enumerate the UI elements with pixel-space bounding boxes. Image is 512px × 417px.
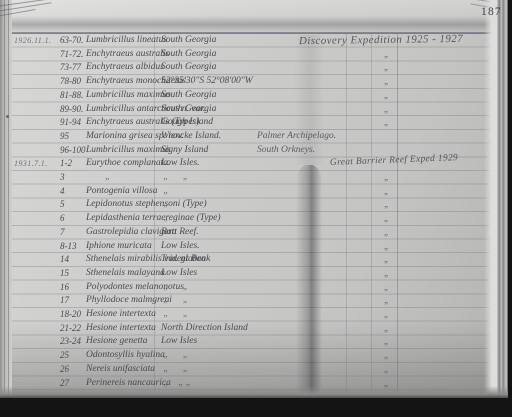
register-row: 15Sthenelais malayanaLow Isles„ [0, 267, 508, 281]
entry-species: Hesione intertexta [86, 322, 156, 335]
register-row: 3„ „ „„ [0, 171, 508, 185]
entry-species: Nereis unifasciata [86, 363, 155, 376]
ditto-mark: „ [384, 185, 389, 198]
register-row: 7Gastrolepidia clavigeraBatt Reef.„ [0, 226, 508, 240]
ditto-mark: „ [384, 198, 389, 211]
entry-locality: Low Isles [161, 267, 197, 280]
ditto-mark: „ [384, 281, 389, 294]
register-row: 27Perinereis nancaurica „ „ „„ [0, 377, 508, 391]
entry-locality: Gough Island [161, 116, 213, 129]
register-row: 23-24Hesione genettaLow Isles„ [0, 335, 508, 349]
register-row: 1926.11.1.63-70.Lumbricillus lineatusSou… [0, 34, 508, 48]
entry-note: South Orkneys. [257, 144, 315, 157]
entry-locality: Low Isles. [161, 240, 200, 253]
entry-numbers: 21-22 [60, 322, 81, 335]
ditto-mark: „ „ [161, 294, 188, 307]
entry-species: Phyllodoce malmgreni [86, 294, 172, 307]
entry-date: 1926.11.1. [14, 34, 51, 47]
entry-numbers: 95 [60, 130, 69, 143]
entry-numbers: 6 [60, 212, 65, 225]
ditto-mark: „ [161, 185, 169, 198]
ditto-mark: „ „ [161, 363, 188, 376]
entry-locality: Wiencke Island. [161, 130, 221, 143]
register-row: 16Polyodontes melanonotus „ „„ [0, 281, 508, 295]
entry-locality: 52°35'30"S 52°08'00"W [161, 75, 253, 88]
entry-numbers: 73-77 [60, 61, 81, 74]
register-row: 73-77Enchytraeus albidusSouth Georgia„ [0, 61, 508, 75]
register-book-photo: 187 1926.11.1.63-70.Lumbricillus lineatu… [0, 0, 512, 417]
entry-locality: Low Isles [161, 335, 197, 348]
entry-numbers: 71-72. [60, 48, 83, 61]
register-row: 95Marionina grisea sp. nov.Wiencke Islan… [0, 130, 508, 144]
register-row: 18-20Hesione intertexta „ „„ [0, 308, 508, 322]
entry-locality: Trident Bank [161, 253, 210, 266]
register-row: 17Phyllodoce malmgreni „ „„ [0, 294, 508, 308]
entry-locality: South Georgia [161, 61, 216, 74]
register-row: 26Nereis unifasciata „ „„ [0, 363, 508, 377]
entry-species: Perinereis nancaurica [86, 377, 171, 390]
entry-numbers: 5 [60, 198, 65, 211]
ditto-mark: „ [161, 212, 169, 225]
entry-numbers: 26 [60, 363, 69, 376]
entry-locality: Batt Reef. [161, 226, 198, 239]
entry-numbers: 89-90. [60, 103, 83, 116]
register-row: 1931.7.1.1-2Eurythoe complanata.Low Isle… [0, 157, 508, 171]
ditto-mark: „ [384, 48, 389, 61]
entry-species: Lumbricillus maximus [86, 89, 171, 102]
entry-locality: South Georgia [161, 103, 216, 116]
ditto-mark: „ [384, 61, 389, 74]
ditto-mark: „ [384, 308, 389, 321]
ditto-mark: „ [384, 267, 389, 280]
ditto-mark: „ [384, 171, 389, 184]
register-row: 4Pontogenia villosa „„ [0, 185, 508, 199]
register-row: 78-80Enchytraeus monochaetus52°35'30"S 5… [0, 75, 508, 89]
ditto-mark: „ [384, 103, 389, 116]
entry-date: 1931.7.1. [14, 157, 48, 170]
ditto-mark: „ „ [161, 308, 188, 321]
register-row: 6Lepidasthenia terraereginae (Type) „„ [0, 212, 508, 226]
register-row: 21-22Hesione intertextaNorth Direction I… [0, 322, 508, 336]
entry-locality: South Georgia [161, 48, 216, 61]
entry-numbers: 17 [60, 294, 69, 307]
register-row: 81-88.Lumbricillus maximusSouth Georgia„ [0, 89, 508, 103]
ditto-mark: „ [384, 253, 389, 266]
ditto-mark: „ [384, 116, 389, 129]
register-row: 8-13Iphione muricataLow Isles.„ [0, 240, 508, 254]
entry-numbers: 14 [60, 253, 69, 266]
entry-species: Hesione genetta [86, 335, 147, 348]
ditto-mark: „ [105, 171, 110, 184]
entry-numbers: 16 [60, 281, 69, 294]
ditto-mark: „ [384, 363, 389, 376]
ditto-mark: „ [384, 335, 389, 348]
register-row: 71-72.Enchytraeus australisSouth Georgia… [0, 48, 508, 62]
entry-numbers: 25 [60, 349, 69, 362]
entry-numbers: 7 [60, 226, 65, 239]
register-row: 14Sthenelais mirabilis var. glabraTriden… [0, 253, 508, 267]
ditto-mark: „ [384, 322, 389, 335]
ditto-mark: „ „ [161, 281, 188, 294]
ditto-mark: „ [384, 75, 389, 88]
ditto-mark: „ [384, 349, 389, 362]
entry-numbers: 1-2 [60, 157, 72, 170]
entry-species: Pontogenia villosa [86, 185, 158, 198]
entry-numbers: 91-94 [60, 116, 81, 129]
entry-species: Enchytraeus albidus [86, 61, 164, 74]
ditto-mark: „ „ [161, 349, 188, 362]
register-row: 25Odontosyllis hyalina „ „„ [0, 349, 508, 363]
entry-species: Enchytraeus australis [86, 48, 169, 61]
ditto-mark: „ „ „ [161, 377, 191, 390]
entry-locality: North Direction Island [161, 322, 248, 335]
entry-species: Lumbricillus maximus [86, 144, 171, 157]
entry-numbers: 81-88. [60, 89, 83, 102]
ditto-mark: „ [384, 377, 389, 390]
entry-numbers: 18-20 [60, 308, 81, 321]
entry-note: Palmer Archipelago. [257, 130, 336, 143]
entry-species: Lepidonotus stephensoni (Type) [86, 198, 207, 211]
register-row: 5Lepidonotus stephensoni (Type) „„ [0, 198, 508, 212]
ditto-mark: „ „ [161, 171, 188, 184]
entry-numbers: 78-80 [60, 75, 81, 88]
book-bottom-edge [0, 398, 512, 417]
register-row: 89-90.Lumbricillus antarcticus n. var.So… [0, 103, 508, 117]
ditto-mark: „ [384, 212, 389, 225]
entry-locality: South Georgia [161, 89, 216, 102]
entry-species: Sthenelais malayana [86, 267, 165, 280]
ditto-mark: „ [384, 240, 389, 253]
ditto-mark: „ [384, 89, 389, 102]
ditto-mark: „ [384, 226, 389, 239]
entry-locality: South Georgia [161, 34, 216, 47]
entry-locality: Signy Island [161, 144, 208, 157]
entry-numbers: 4 [60, 185, 65, 198]
entry-numbers: 15 [60, 267, 69, 280]
entry-numbers: 3 [60, 171, 65, 184]
entry-species: Hesione intertexta [86, 308, 156, 321]
ditto-mark: „ [384, 294, 389, 307]
entry-locality: Low Isles. [161, 157, 200, 170]
entry-species: Lepidasthenia terraereginae (Type) [86, 212, 221, 225]
entry-numbers: 96-100 [60, 144, 86, 157]
entry-numbers: 63-70. [60, 34, 83, 47]
entry-numbers: 27 [60, 377, 69, 390]
entry-species: Lumbricillus lineatus [86, 34, 167, 47]
register-entries: 1926.11.1.63-70.Lumbricillus lineatusSou… [0, 0, 512, 400]
entry-species: Odontosyllis hyalina [86, 349, 165, 362]
entry-numbers: 23-24 [60, 335, 81, 348]
register-row: 91-94Enchytraeus australis (Types)Gough … [0, 116, 508, 130]
entry-numbers: 8-13 [60, 240, 77, 253]
ditto-mark: „ [161, 198, 169, 211]
entry-species: Iphione muricata [86, 240, 152, 253]
entry-species: Eurythoe complanata. [86, 157, 170, 170]
entry-note: Discovery Expedition 1925 - 1927 [299, 33, 463, 48]
